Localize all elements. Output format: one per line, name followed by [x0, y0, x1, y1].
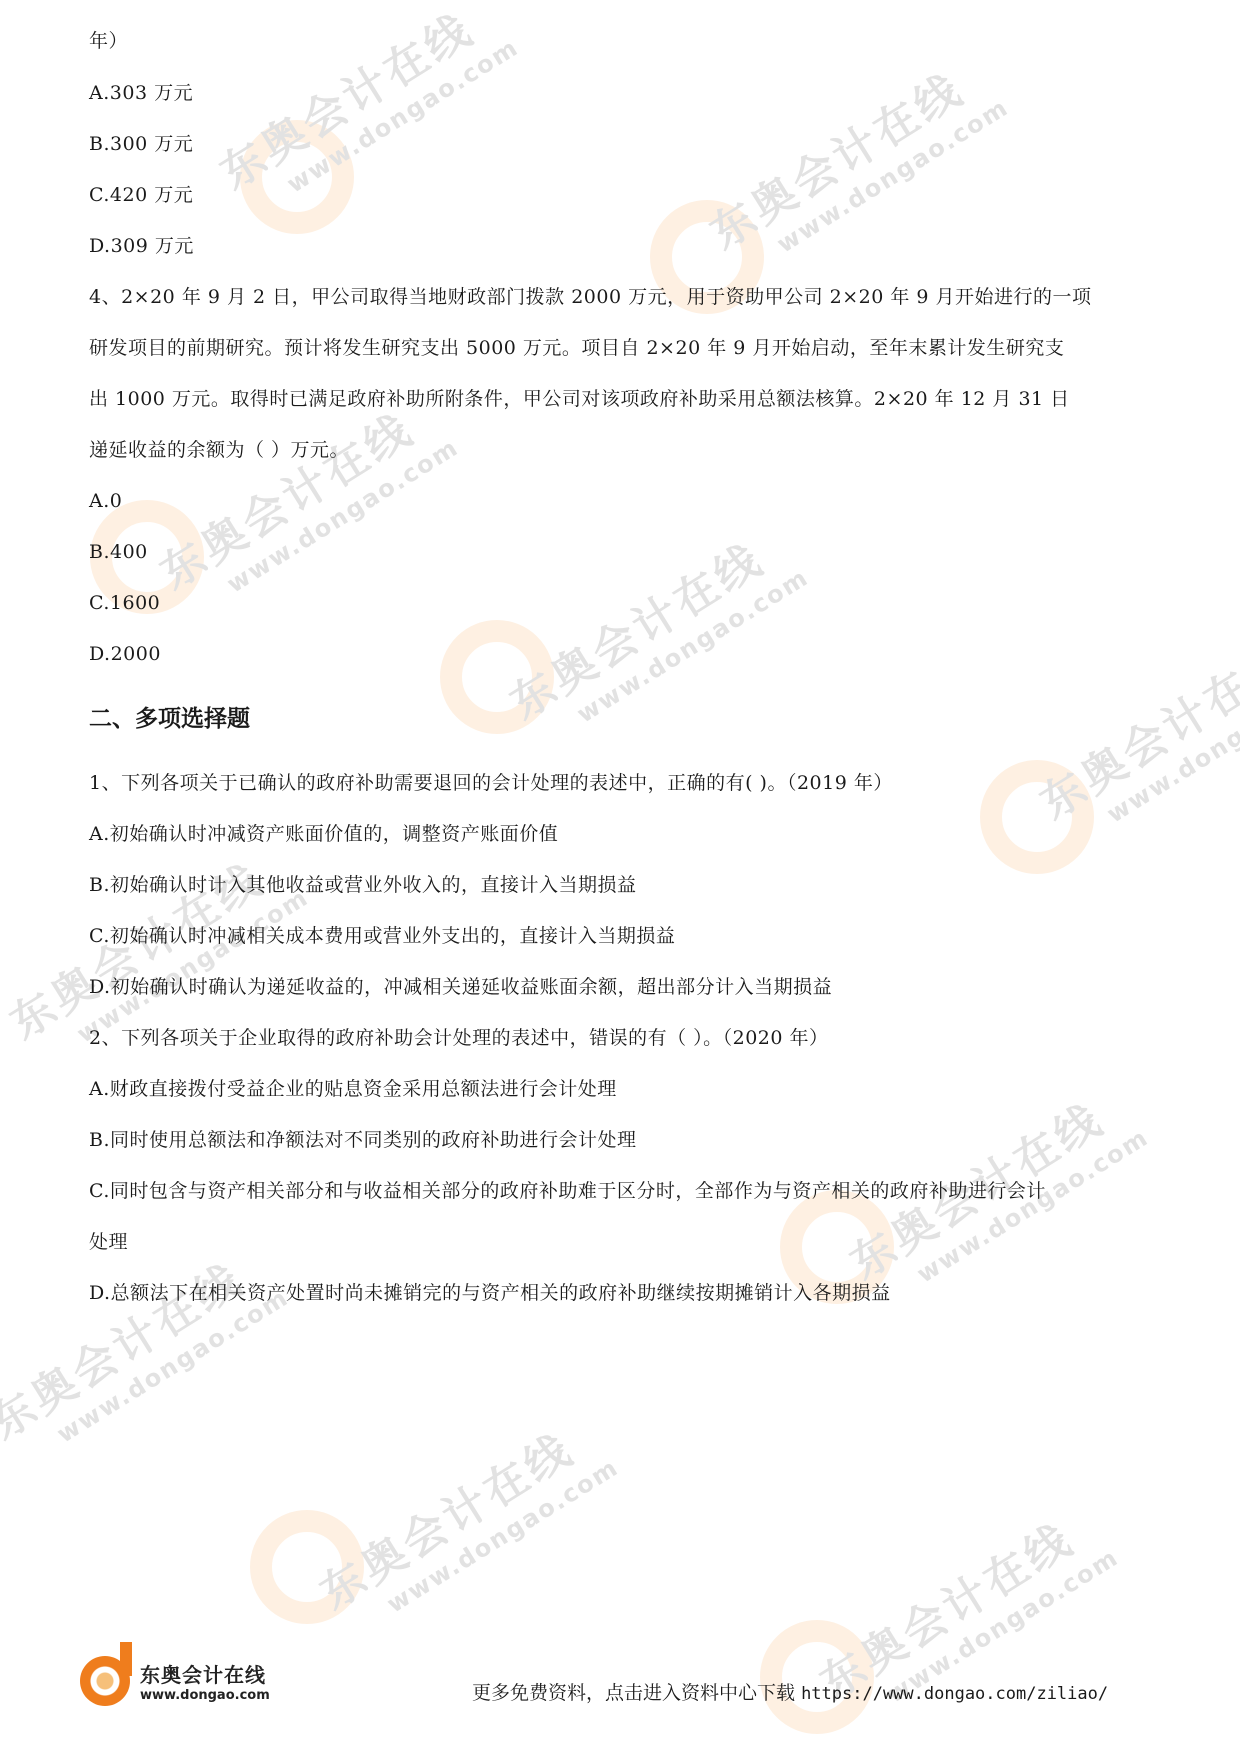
- option-b: B.同时使用总额法和净额法对不同类别的政府补助进行会计处理: [89, 1127, 637, 1153]
- watermark: 东奥会计在线 www.dongao.com: [696, 39, 1014, 285]
- option-d: D.309 万元: [89, 233, 194, 259]
- watermark-logo-icon: [250, 1510, 364, 1624]
- watermark-logo-icon: [240, 120, 354, 234]
- option-c: C.初始确认时冲减相关成本费用或营业外支出的，直接计入当期损益: [89, 923, 675, 949]
- dongao-logo-icon: [80, 1656, 130, 1706]
- option-d: D.2000: [89, 641, 161, 667]
- watermark: 东奥会计在线 www.dongao.com: [146, 379, 464, 625]
- question-stem: 1、下列各项关于已确认的政府补助需要退回的会计处理的表述中，正确的有( )。（2…: [89, 770, 893, 796]
- question-stem-line: 出 1000 万元。取得时已满足政府补助所附条件，甲公司对该项政府补助采用总额法…: [89, 386, 1070, 412]
- option-a: A.初始确认时冲减资产账面价值的，调整资产账面价值: [89, 821, 558, 847]
- question-stem-line: 4、2×20 年 9 月 2 日，甲公司取得当地财政部门拨款 2000 万元，用…: [89, 284, 1092, 310]
- watermark: 东奥会计在线 www.dongao.com: [0, 1229, 294, 1475]
- option-a: A.303 万元: [89, 80, 193, 106]
- footer-logo[interactable]: 东奥会计在线 www.dongao.com: [80, 1656, 270, 1706]
- logo-name: 东奥会计在线: [140, 1659, 270, 1688]
- question-stem-line: 递延收益的余额为（ ）万元。: [89, 437, 349, 463]
- option-d: D.总额法下在相关资产处置时尚未摊销完的与资产相关的政府补助继续按期摊销计入各期…: [89, 1280, 891, 1306]
- footer-promo: 更多免费资料，点击进入资料中心下载 https://www.dongao.com…: [472, 1678, 1108, 1705]
- question-stem-line: 研发项目的前期研究。预计将发生研究支出 5000 万元。项目自 2×20 年 9…: [89, 335, 1064, 361]
- watermark-logo-icon: [440, 620, 554, 734]
- option-c: C.420 万元: [89, 182, 193, 208]
- option-b: B.300 万元: [89, 131, 193, 157]
- question-continuation: 年）: [89, 28, 128, 54]
- option-a: A.财政直接拨付受益企业的贴息资金采用总额法进行会计处理: [89, 1076, 617, 1102]
- watermark-logo-icon: [760, 1620, 874, 1734]
- option-d: D.初始确认时确认为递延收益的，冲减相关递延收益账面余额，超出部分计入当期损益: [89, 974, 832, 1000]
- option-b: B.初始确认时计入其他收益或营业外收入的，直接计入当期损益: [89, 872, 637, 898]
- promo-link[interactable]: https://www.dongao.com/ziliao/: [801, 1684, 1108, 1704]
- option-c: C.同时包含与资产相关部分和与收益相关部分的政府补助难于区分时，全部作为与资产相…: [89, 1178, 1046, 1204]
- watermark: 东奥会计在线 www.dongao.com: [496, 509, 814, 755]
- question-stem: 2、下列各项关于企业取得的政府补助会计处理的表述中，错误的有（ ）。（2020 …: [89, 1025, 829, 1051]
- logo-url: www.dongao.com: [140, 1688, 270, 1703]
- watermark: 东奥会计在线 www.dongao.com: [206, 0, 524, 225]
- section-heading: 二、多项选择题: [89, 700, 250, 733]
- option-b: B.400: [89, 539, 148, 565]
- watermark: 东奥会计在线 www.dongao.com: [1026, 609, 1240, 855]
- option-c: C.1600: [89, 590, 160, 616]
- watermark: 东奥会计在线 www.dongao.com: [306, 1399, 624, 1645]
- watermark-logo-icon: [980, 760, 1094, 874]
- option-a: A.0: [89, 488, 122, 514]
- option-c-continuation: 处理: [89, 1229, 128, 1255]
- promo-text: 更多免费资料，点击进入资料中心下载: [472, 1682, 795, 1704]
